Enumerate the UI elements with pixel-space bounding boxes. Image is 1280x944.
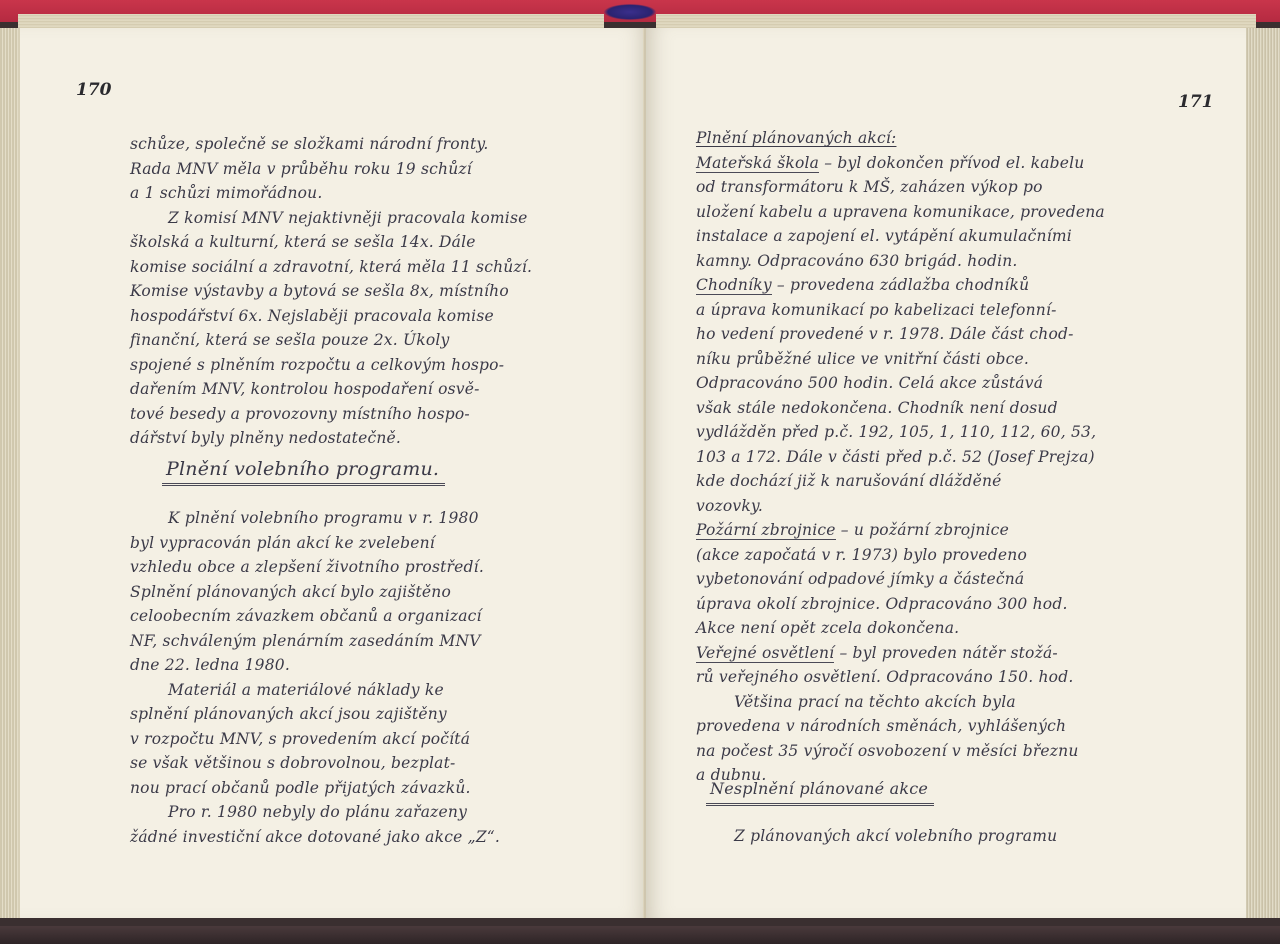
text-line: dne 22. ledna 1980. — [130, 653, 650, 678]
text-line: Chodníky – provedena zádlažba chodníků — [696, 273, 1236, 298]
text-line: byl vypracován plán akcí ke zvelebení — [130, 531, 650, 556]
text-line: Veřejné osvětlení – byl proveden nátěr s… — [696, 641, 1236, 666]
text-line: Plnění plánovaných akcí: — [696, 126, 1236, 151]
page-number-left: 170 — [76, 80, 112, 100]
section-title-verejne-osvetleni: Veřejné osvětlení — [696, 644, 834, 663]
text-line: Z komisí MNV nejaktivněji pracovala komi… — [130, 206, 650, 231]
text-line: Z plánovaných akcí volebního programu — [696, 824, 1236, 849]
text-line: finanční, která se sešla pouze 2x. Úkoly — [130, 328, 650, 353]
text-line: Akce není opět zcela dokončena. — [696, 616, 1236, 641]
section-title-chodniky: Chodníky — [696, 276, 772, 295]
text-line: od transformátoru k MŠ, zaházen výkop po — [696, 175, 1236, 200]
text-line: níku průběžné ulice ve vnitřní části obc… — [696, 347, 1236, 372]
text-line: na počest 35 výročí osvobození v měsíci … — [696, 739, 1236, 764]
text-line: žádné investiční akce dotované jako akce… — [130, 825, 650, 850]
text-line: Materiál a materiálové náklady ke — [130, 678, 650, 703]
text-line: komise sociální a zdravotní, která měla … — [130, 255, 650, 280]
right-text-block-2: Z plánovaných akcí volebního programu — [696, 824, 1236, 849]
left-page: 170 schůze, společně se složkami národní… — [18, 28, 648, 918]
text-line: Rada MNV měla v průběhu roku 19 schůzí — [130, 157, 650, 182]
text-line: spojené s plněním rozpočtu a celkovým ho… — [130, 353, 650, 378]
text-line: Požární zbrojnice – u požární zbrojnice — [696, 518, 1236, 543]
section-heading-unfulfilled: Nesplnění plánované akce — [706, 776, 934, 806]
page-number-right: 171 — [1178, 92, 1214, 112]
text-fragment: – byl proveden nátěr stožá- — [834, 644, 1058, 662]
book-cover-bottom — [0, 926, 1280, 944]
text-line: K plnění volebního programu v r. 1980 — [130, 506, 650, 531]
text-fragment: – u požární zbrojnice — [836, 521, 1009, 539]
text-line: Komise výstavby a bytová se sešla 8x, mí… — [130, 279, 650, 304]
text-line: vydlážděn před p.č. 192, 105, 1, 110, 11… — [696, 420, 1236, 445]
text-line: tové besedy a provozovny místního hospo- — [130, 402, 650, 427]
text-line: hospodářství 6x. Nejslaběji pracovala ko… — [130, 304, 650, 329]
text-line: však stále nedokončena. Chodník není dos… — [696, 396, 1236, 421]
text-line: 103 a 172. Dále v části před p.č. 52 (Jo… — [696, 445, 1236, 470]
text-fragment: – byl dokončen přívod el. kabelu — [819, 154, 1084, 172]
text-line: vybetonování odpadové jímky a částečná — [696, 567, 1236, 592]
text-line: kamny. Odpracováno 630 brigád. hodin. — [696, 249, 1236, 274]
section-title-materska-skola: Mateřská škola — [696, 154, 819, 173]
text-line: NF, schváleným plenárním zasedáním MNV — [130, 629, 650, 654]
text-line: Pro r. 1980 nebyly do plánu zařazeny — [130, 800, 650, 825]
left-text-block-1: schůze, společně se složkami národní fro… — [130, 132, 650, 451]
text-line: a 1 schůzi mimořádnou. — [130, 181, 650, 206]
text-line: schůze, společně se složkami národní fro… — [130, 132, 650, 157]
text-line: ho vedení provedené v r. 1978. Dále část… — [696, 322, 1236, 347]
text-line: Mateřská škola – byl dokončen přívod el.… — [696, 151, 1236, 176]
text-line: Odpracováno 500 hodin. Celá akce zůstává — [696, 371, 1236, 396]
text-line: provedena v národních směnách, vyhlášený… — [696, 714, 1236, 739]
text-line: a úprava komunikací po kabelizaci telefo… — [696, 298, 1236, 323]
text-line: se však většinou s dobrovolnou, bezplat- — [130, 751, 650, 776]
text-line: vzhledu obce a zlepšení životního prostř… — [130, 555, 650, 580]
section-title-pozarni-zbrojnice: Požární zbrojnice — [696, 521, 836, 540]
text-line: (akce započatá v r. 1973) bylo provedeno — [696, 543, 1236, 568]
right-page: 171 Plnění plánovaných akcí: Mateřská šk… — [646, 28, 1246, 918]
text-line: kde dochází již k narušování dlážděné — [696, 469, 1236, 494]
text-line: nou prací občanů podle přijatých závazků… — [130, 776, 650, 801]
text-line: celoobecním závazkem občanů a organizací — [130, 604, 650, 629]
text-line: úprava okolí zbrojnice. Odpracováno 300 … — [696, 592, 1236, 617]
text-line: splnění plánovaných akcí jsou zajištěny — [130, 702, 650, 727]
heading-volebni-program: Plnění volebního programu. — [162, 456, 445, 486]
open-book: 170 schůze, společně se složkami národní… — [0, 22, 1280, 926]
text-fragment: – provedena zádlažba chodníků — [772, 276, 1029, 294]
text-line: dařením MNV, kontrolou hospodaření osvě- — [130, 377, 650, 402]
left-text-block-2: K plnění volebního programu v r. 1980 by… — [130, 506, 650, 849]
right-text-block: Plnění plánovaných akcí: Mateřská škola … — [696, 126, 1236, 788]
text-line: instalace a zapojení el. vytápění akumul… — [696, 224, 1236, 249]
page-stack-right — [1246, 28, 1280, 918]
page-stack-left — [0, 28, 18, 918]
text-line: školská a kulturní, která se sešla 14x. … — [130, 230, 650, 255]
text-line: dářství byly plněny nedostatečně. — [130, 426, 650, 451]
text-line: v rozpočtu MNV, s provedením akcí počítá — [130, 727, 650, 752]
ribbon-bookmark-icon — [604, 4, 656, 20]
section-heading: Plnění volebního programu. — [162, 456, 445, 486]
text-line: rů veřejného osvětlení. Odpracováno 150.… — [696, 665, 1236, 690]
heading-planned-actions: Plnění plánovaných akcí: — [696, 129, 896, 147]
text-line: vozovky. — [696, 494, 1236, 519]
text-line: Splnění plánovaných akcí bylo zajištěno — [130, 580, 650, 605]
heading-nesplneni: Nesplnění plánované akce — [706, 776, 934, 806]
text-line: uložení kabelu a upravena komunikace, pr… — [696, 200, 1236, 225]
text-line: Většina prací na těchto akcích byla — [696, 690, 1236, 715]
